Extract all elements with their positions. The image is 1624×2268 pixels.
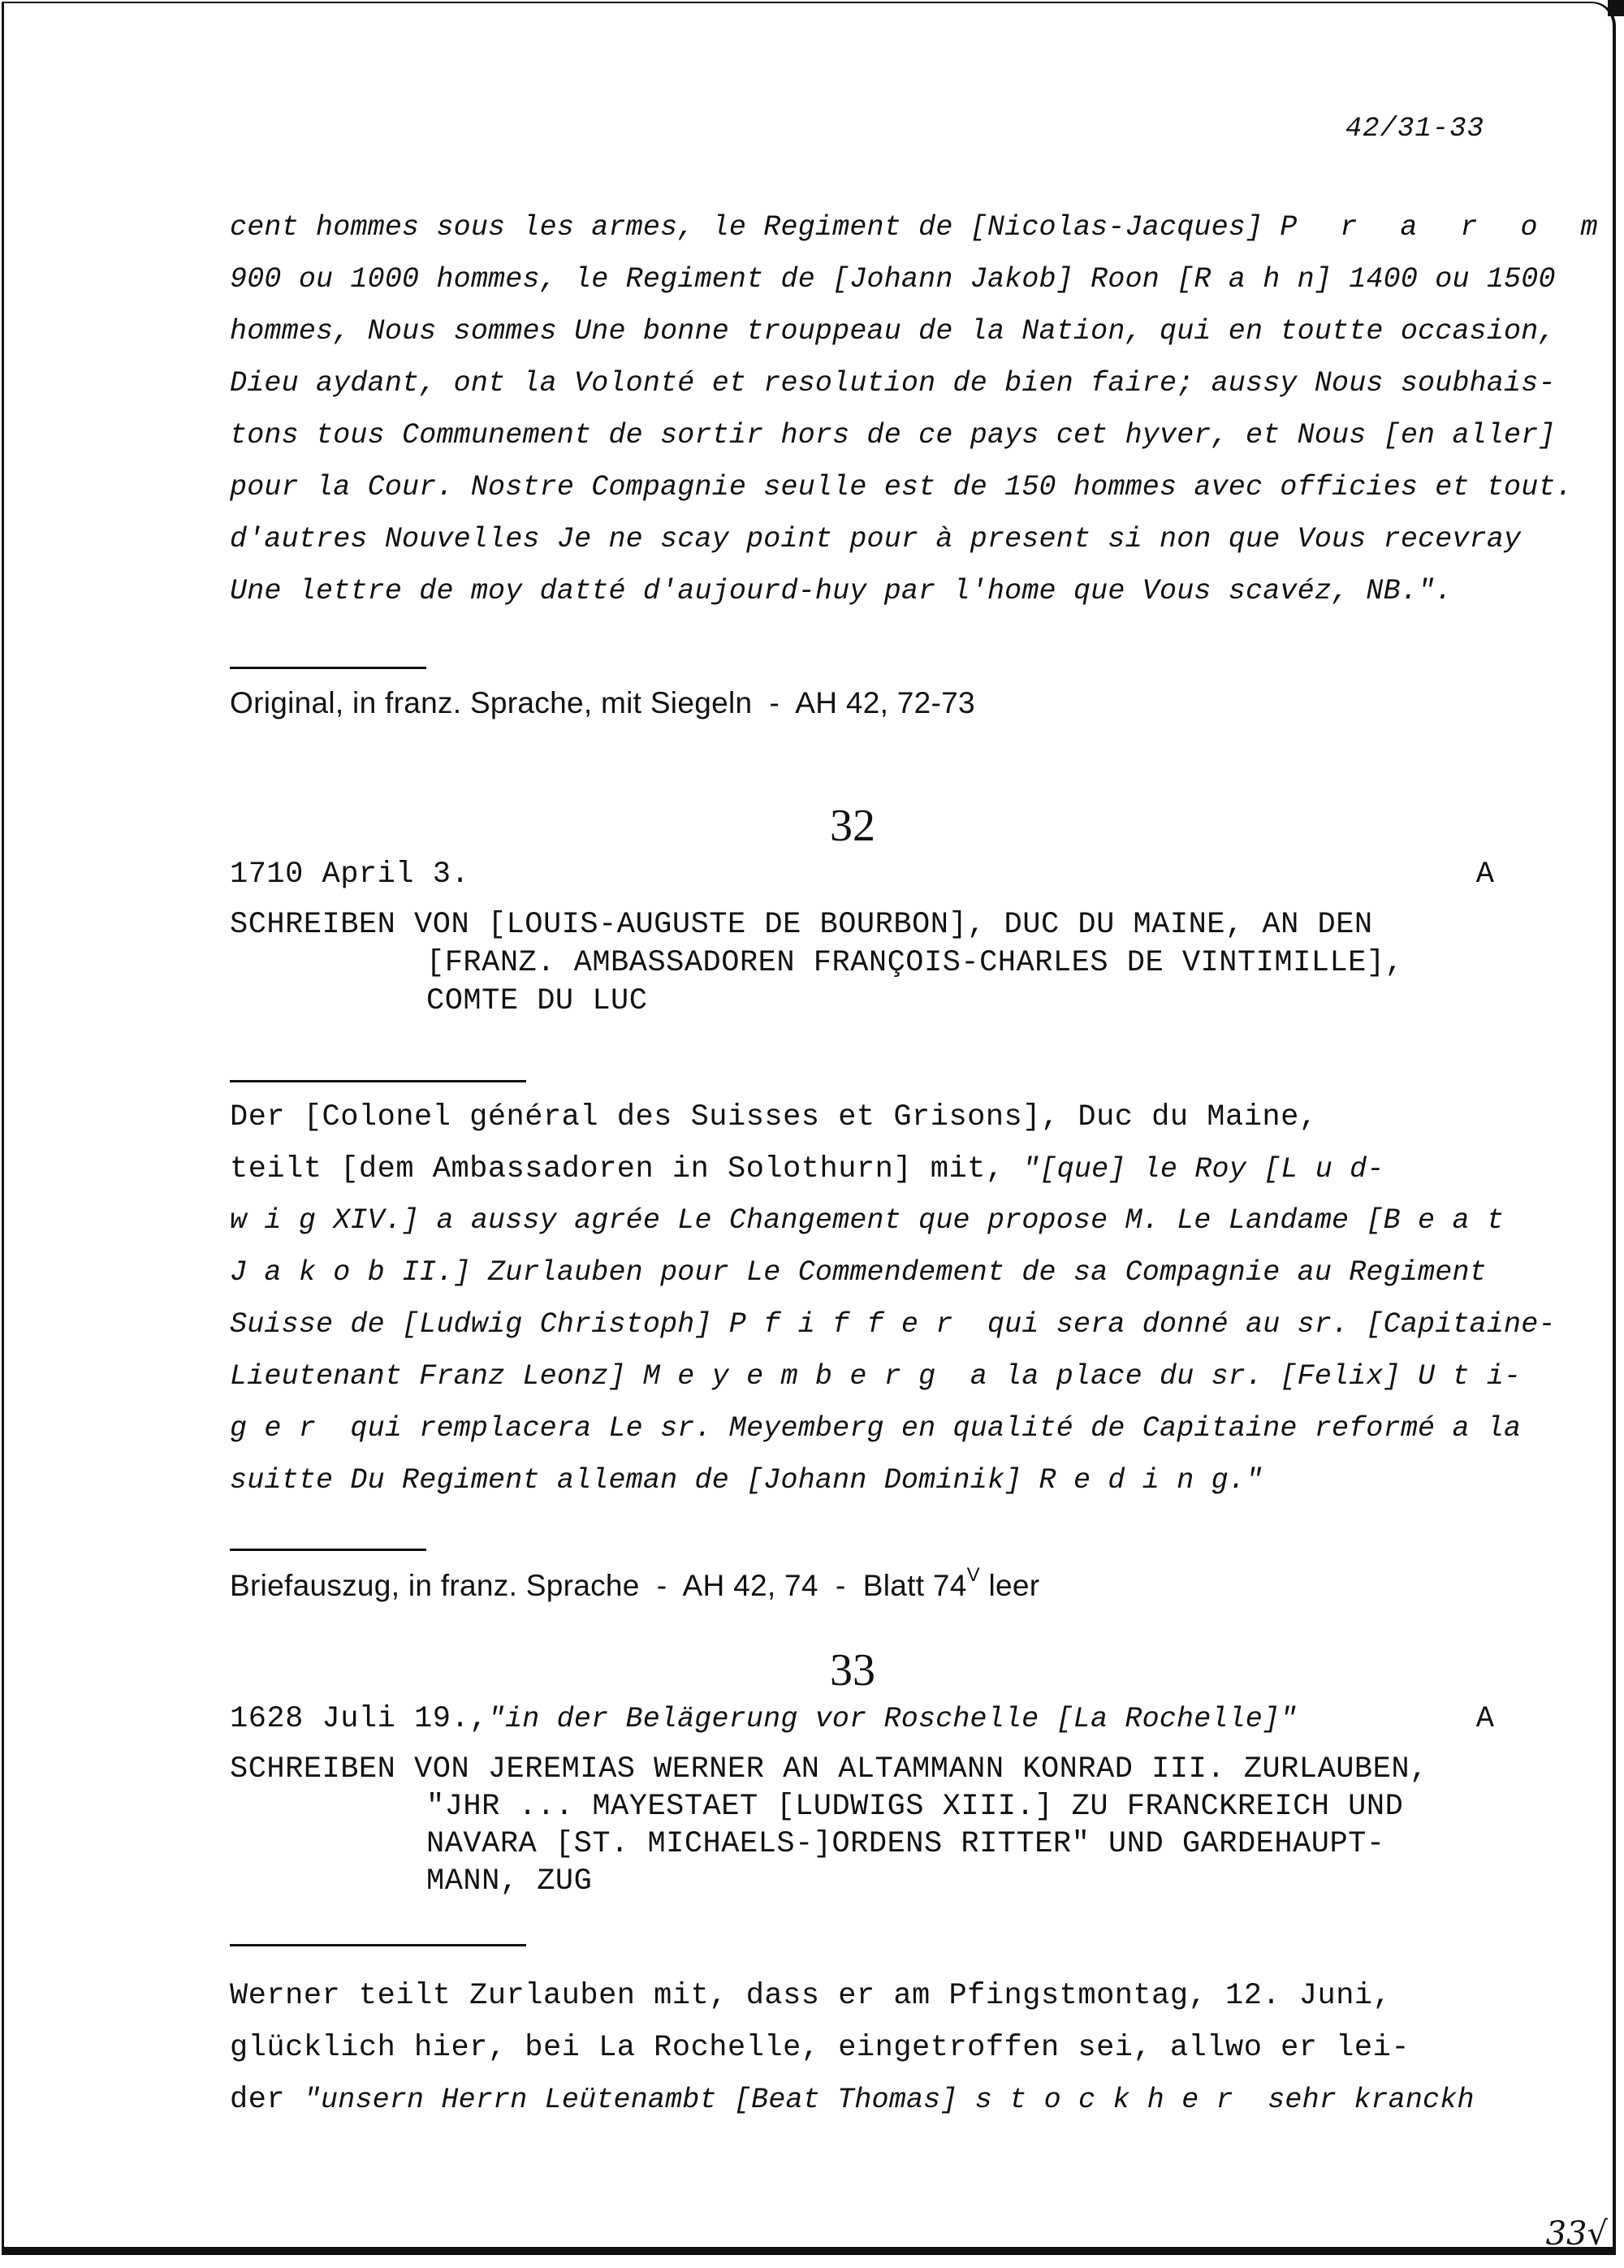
source-note: Briefauszug, in franz. Sprache - AH 42, …	[230, 1564, 1039, 1603]
body-line: Der [Colonel général des Suisses et Gris…	[230, 1100, 1318, 1134]
divider-rule	[230, 1549, 426, 1551]
body-line: Lieutenant Franz Leonz] M e y e m b e r …	[230, 1360, 1521, 1393]
entry-title-line: NAVARA [ST. MICHAELS-]ORDENS RITTER" UND…	[426, 1827, 1385, 1861]
entry-title-line: MANN, ZUG	[426, 1864, 592, 1899]
body-line: Suisse de [Ludwig Christoph] P f i f f e…	[230, 1308, 1556, 1341]
body-line: glücklich hier, bei La Rochelle, eingetr…	[230, 2031, 1410, 2065]
entry-title-line: "JHR ... MAYESTAET [LUDWIGS XIII.] ZU FR…	[426, 1790, 1403, 1824]
body-line: J a k o b II.] Zurlauben pour Le Commend…	[230, 1256, 1487, 1289]
body-line: g e r qui remplacera Le sr. Meyemberg en…	[230, 1412, 1521, 1445]
entry-title-line: [FRANZ. AMBASSADOREN FRANÇOIS-CHARLES DE…	[426, 946, 1403, 980]
page-reference: 42/31-33	[1345, 114, 1484, 145]
body-line: Werner teilt Zurlauben mit, dass er am P…	[230, 1979, 1391, 2013]
entry-date: 1628 Juli 19.,"in der Belägerung vor Ros…	[230, 1702, 1297, 1736]
divider-rule	[230, 1080, 526, 1082]
entry-date: 1710 April 3.	[230, 858, 469, 892]
text-line: 900 ou 1000 hommes, le Regiment de [Joha…	[230, 263, 1556, 296]
body-line: teilt [dem Ambassadoren in Solothurn] mi…	[230, 1152, 1384, 1186]
scan-corner	[1608, 0, 1624, 16]
text-line: pour la Cour. Nostre Compagnie seulle es…	[230, 471, 1573, 503]
text-line: hommes, Nous sommes Une bonne trouppeau …	[230, 315, 1556, 348]
divider-rule	[230, 1944, 526, 1946]
source-note: Original, in franz. Sprache, mit Siegeln…	[230, 686, 975, 720]
text-line: tons tous Communement de sortir hors de …	[230, 419, 1556, 451]
body-line: suitte Du Regiment alleman de [Johann Do…	[230, 1464, 1263, 1497]
text-line: d'autres Nouvelles Je ne scay point pour…	[230, 523, 1521, 555]
entry-marker: A	[1476, 1702, 1494, 1736]
divider-rule	[230, 667, 426, 669]
handwritten-page-note: 33√	[1546, 2215, 1608, 2253]
body-line: der "unsern Herrn Leütenambt [Beat Thoma…	[230, 2083, 1475, 2117]
entry-title-line: SCHREIBEN VON JEREMIAS WERNER AN ALTAMMA…	[230, 1752, 1428, 1786]
entry-title-line: COMTE DU LUC	[426, 984, 647, 1018]
text-line: cent hommes sous les armes, le Regiment …	[230, 211, 1624, 244]
entry-number: 32	[812, 800, 893, 852]
entry-number: 33	[812, 1644, 893, 1696]
text-line: Dieu aydant, ont la Volonté et resolutio…	[230, 367, 1556, 400]
text-line: Une lettre de moy datté d'aujourd-huy pa…	[230, 575, 1452, 607]
entry-title-line: SCHREIBEN VON [LOUIS-AUGUSTE DE BOURBON]…	[230, 908, 1373, 942]
entry-marker: A	[1476, 858, 1494, 892]
body-line: w i g XIV.] a aussy agrée Le Changement …	[230, 1204, 1504, 1237]
